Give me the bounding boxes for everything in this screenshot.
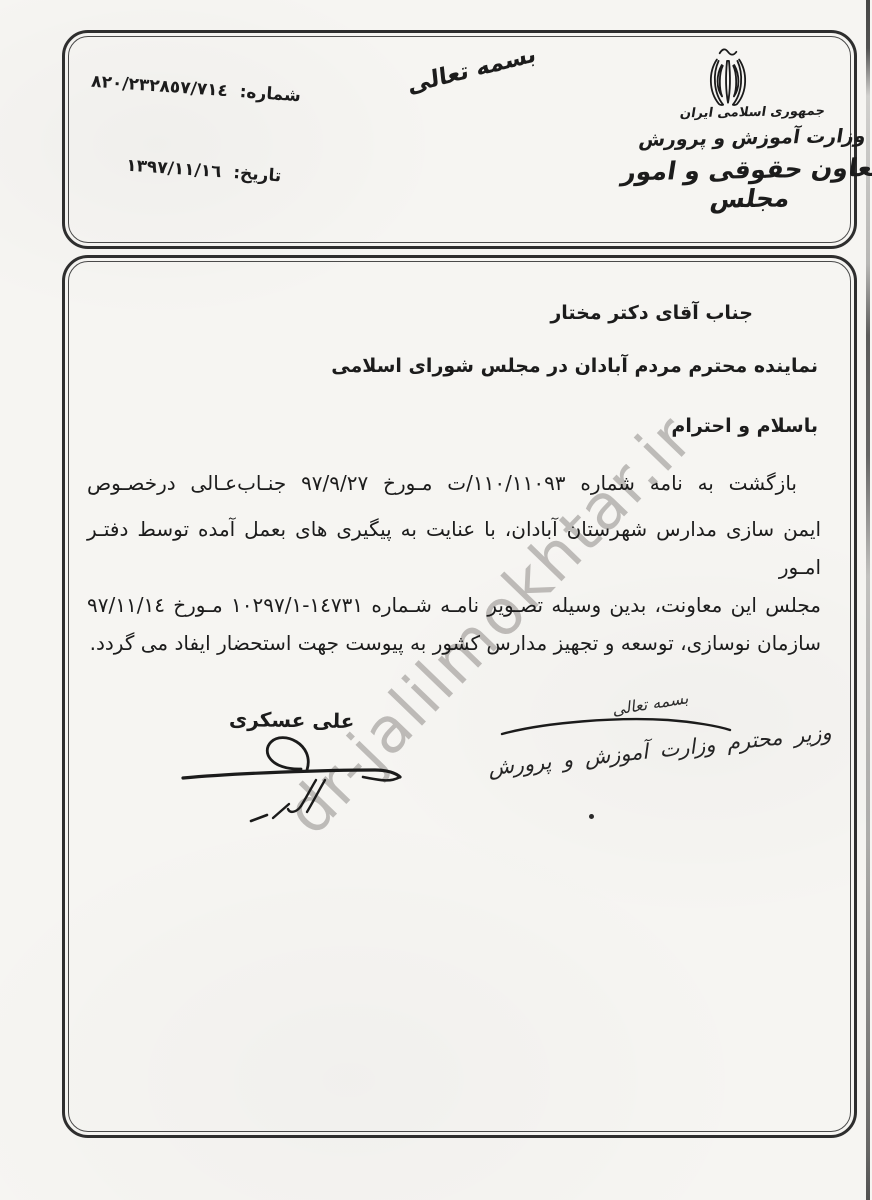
letter-number-label: شماره: <box>239 82 301 106</box>
letter-date-value: ١٣٩٧/١١/١٦ <box>125 156 222 183</box>
paragraph-line: سازمان نوسازی، توسعه و تجهیز مدارس کشور … <box>87 624 821 662</box>
org-name-line2: وزارت آموزش و پرورش <box>608 125 872 152</box>
paragraph-line: بازگشت به نامه شماره ١١٠/١١٠٩٣/ت مـورخ ٩… <box>87 464 821 502</box>
letter-body-box: جناب آقای دکتر مختار نماینده محترم مردم … <box>62 255 857 1138</box>
pen-dot-artifact <box>589 814 594 819</box>
letter-number-value: ٨٢٠/٢٣٢٨٥٧/٧١٤ <box>91 72 229 102</box>
signer-block: علی عسکری <box>177 708 417 838</box>
letter-number-line: شماره: ٨٢٠/٢٣٢٨٥٧/٧١٤ <box>91 72 302 107</box>
org-name-line3: معاون حقوقی و امور مجلس <box>605 153 872 216</box>
iran-national-emblem-icon <box>693 47 763 111</box>
bismillah-calligraphy: بسمه تعالی <box>388 36 556 103</box>
body-paragraph: بازگشت به نامه شماره ١١٠/١١٠٩٣/ت مـورخ ٩… <box>87 464 821 662</box>
handwritten-note-block: بسمه تعالی وزیر محترم وزارت آموزش و پرور… <box>462 686 842 846</box>
salutation-line: باسلام و احترام <box>671 415 818 437</box>
signature-scribble-icon <box>177 724 407 824</box>
scan-edge-artifact <box>866 0 870 1200</box>
paragraph-line: مجلس این معاونت، بدین وسیله تصـویر نامـه… <box>87 586 821 624</box>
letter-date-line: تاریخ: ١٣٩٧/١١/١٦ <box>125 156 281 187</box>
paragraph-line: ایمن سازی مدارس شهرستان آبادان، با عنایت… <box>87 510 821 586</box>
recipient-title-line: نماینده محترم مردم آبادان در مجلس شورای … <box>331 355 818 377</box>
org-name-line1: جمهوری اسلامی ایران <box>608 103 872 123</box>
letter-body-content: جناب آقای دکتر مختار نماینده محترم مردم … <box>65 258 854 1135</box>
scanned-letter-page: dr-jalilmokhtar.ir بسمه تعالی شماره: ٨٢٠… <box>0 0 872 1200</box>
letterhead-box: بسمه تعالی شماره: ٨٢٠/٢٣٢٨٥٧/٧١٤ تاریخ: … <box>62 30 857 249</box>
organization-block: جمهوری اسلامی ایران وزارت آموزش و پرورش … <box>610 105 872 213</box>
letter-date-label: تاریخ: <box>232 163 281 186</box>
recipient-name-line: جناب آقای دکتر مختار <box>550 302 753 324</box>
